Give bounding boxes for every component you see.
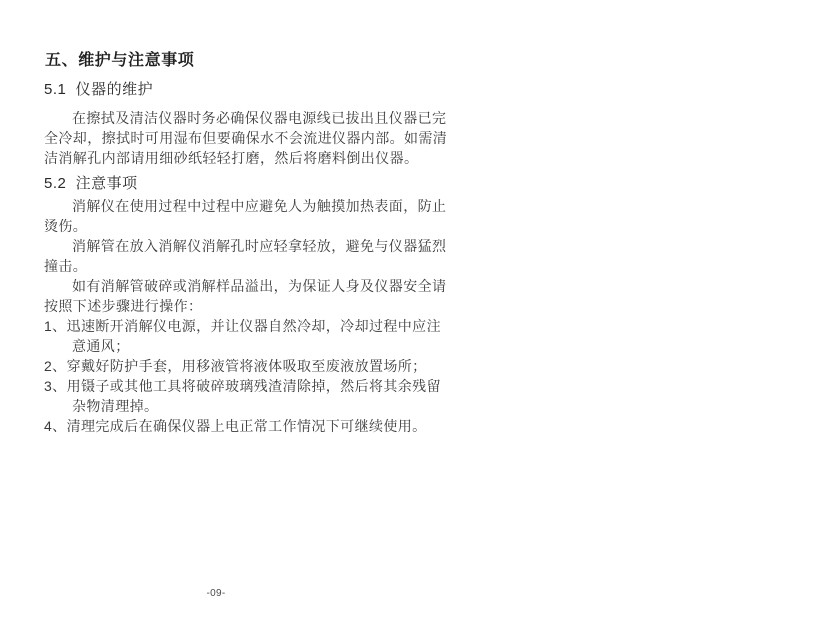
paragraph-line: 消解管在放入消解仪消解孔时应轻拿轻放，避免与仪器猛烈 bbox=[44, 236, 829, 256]
paragraph-line: 如有消解管破碎或消解样品溢出，为保证人身及仪器安全请 bbox=[44, 276, 829, 296]
section-heading-5-2: 5.2 注意事项 bbox=[44, 175, 829, 192]
paragraph-line: 在擦拭及清洁仪器时务必确保仪器电源线已拔出且仪器已完 bbox=[44, 108, 829, 128]
paragraph-line: 烫伤。 bbox=[44, 216, 829, 236]
document-page: 五、维护与注意事项 5.1 仪器的维护 在擦拭及清洁仪器时务必确保仪器电源线已拔… bbox=[0, 0, 829, 636]
page-title: 五、维护与注意事项 bbox=[45, 52, 829, 70]
list-item-line: 杂物清理掉。 bbox=[44, 396, 829, 416]
paragraph-line: 洁消解孔内部请用细砂纸轻轻打磨，然后将磨料倒出仪器。 bbox=[44, 148, 829, 168]
section-5-2-paragraph: 消解仪在使用过程中过程中应避免人为触摸加热表面，防止 烫伤。 消解管在放入消解仪… bbox=[44, 196, 829, 436]
section-5-1-paragraph: 在擦拭及清洁仪器时务必确保仪器电源线已拔出且仪器已完 全冷却，擦拭时可用湿布但要… bbox=[44, 108, 829, 168]
list-item-line: 2、穿戴好防护手套，用移液管将液体吸取至废液放置场所； bbox=[44, 356, 829, 376]
list-item-line: 1、迅速断开消解仪电源，并让仪器自然冷却，冷却过程中应注 bbox=[44, 316, 829, 336]
paragraph-line: 按照下述步骤进行操作： bbox=[44, 296, 829, 316]
list-item-line: 意通风； bbox=[44, 336, 829, 356]
paragraph-line: 全冷却，擦拭时可用湿布但要确保水不会流进仪器内部。如需清 bbox=[44, 128, 829, 148]
section-heading-5-1: 5.1 仪器的维护 bbox=[44, 81, 829, 98]
list-item-line: 3、用镊子或其他工具将破碎玻璃残渣清除掉，然后将其余残留 bbox=[44, 376, 829, 396]
page-number: -09- bbox=[196, 588, 236, 600]
list-item-line: 4、清理完成后在确保仪器上电正常工作情况下可继续使用。 bbox=[44, 416, 829, 436]
paragraph-line: 消解仪在使用过程中过程中应避免人为触摸加热表面，防止 bbox=[44, 196, 829, 216]
paragraph-line: 撞击。 bbox=[44, 256, 829, 276]
